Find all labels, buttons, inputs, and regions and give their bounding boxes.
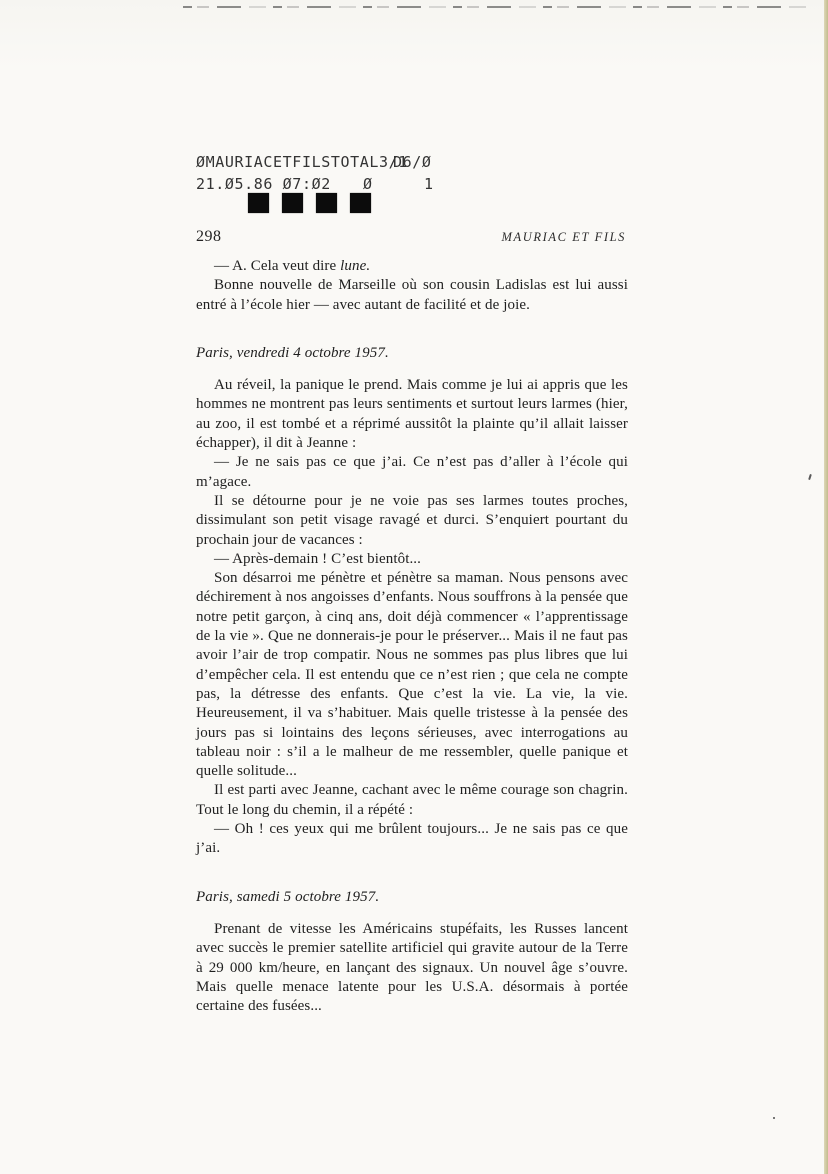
text-segment: Bonne nouvelle de Marseille où son cousi… [196,277,628,312]
running-header: 298 MAURIAC ET FILS [196,228,626,246]
date-heading: Paris, samedi 5 octobre 1957. [196,888,628,907]
page-number: 298 [196,228,222,246]
text-segment: — Je ne sais pas ce que j’ai. Ce n’est p… [196,454,628,489]
fax-header: ØMAURIACETFILSTOTAL3/1 D6/Ø 21.Ø5.86 Ø7:… [196,151,636,195]
text-segment: Paris, samedi 5 octobre 1957. [196,889,379,905]
paragraph: Au réveil, la panique le prend. Mais com… [196,376,628,453]
fax-counter-zero: Ø [363,173,373,195]
paragraph: Prenant de vitesse les Américains stupéf… [196,920,628,1016]
text-segment: lune. [340,258,370,274]
dialogue-line: — Oh ! ces yeux qui me brûlent toujours.… [196,820,628,859]
running-title: MAURIAC ET FILS [502,230,626,245]
fax-header-line2: 21.Ø5.86 Ø7:Ø2 Ø 1 [196,173,636,195]
dialogue-line: — Après-demain ! C’est bientôt... [196,550,628,569]
fax-redaction-block [316,193,337,213]
fax-redaction-blocks [248,193,384,213]
text-segment: Au réveil, la panique le prend. Mais com… [196,377,628,451]
scan-speck-quote [808,474,812,480]
scanned-book-page: ØMAURIACETFILSTOTAL3/1 D6/Ø 21.Ø5.86 Ø7:… [0,0,828,1174]
fax-datetime: 21.Ø5.86 Ø7:Ø2 [196,175,331,193]
fax-redaction-block [248,193,269,213]
dialogue-line: — Je ne sais pas ce que j’ai. Ce n’est p… [196,453,628,492]
fax-redaction-block [282,193,303,213]
text-segment: — Après-demain ! C’est bientôt... [214,551,421,567]
fax-header-line1: ØMAURIACETFILSTOTAL3/1 D6/Ø [196,151,636,173]
paragraph: Il est parti avec Jeanne, cachant avec l… [196,781,628,820]
paragraph: Il se détourne pour je ne voie pas ses l… [196,492,628,550]
text-segment: Paris, vendredi 4 octobre 1957. [196,345,389,361]
page-edge-strip [824,0,828,1174]
fax-page-code: D6/Ø [393,151,432,173]
scan-speck-dot [773,1117,775,1119]
text-segment: Son désarroi me pénètre et pénètre sa ma… [196,570,628,779]
page-body-text: — A. Cela veut dire lune.Bonne nouvelle … [196,257,628,1016]
text-segment: Il est parti avec Jeanne, cachant avec l… [196,782,628,817]
scan-artifact-dashed-line [183,6,810,8]
fax-counter-one: 1 [424,173,434,195]
text-segment: — A. Cela veut dire [214,258,340,274]
paragraph: Bonne nouvelle de Marseille où son cousi… [196,276,628,315]
text-segment: — Oh ! ces yeux qui me brûlent toujours.… [196,821,628,856]
fax-redaction-block [350,193,371,213]
text-segment: Prenant de vitesse les Américains stupéf… [196,921,628,1014]
fax-document-id: ØMAURIACETFILSTOTAL3/1 [196,153,408,171]
text-segment: Il se détourne pour je ne voie pas ses l… [196,493,628,548]
date-heading: Paris, vendredi 4 octobre 1957. [196,344,628,363]
dialogue-line: — A. Cela veut dire lune. [196,257,628,276]
paragraph: Son désarroi me pénètre et pénètre sa ma… [196,569,628,781]
